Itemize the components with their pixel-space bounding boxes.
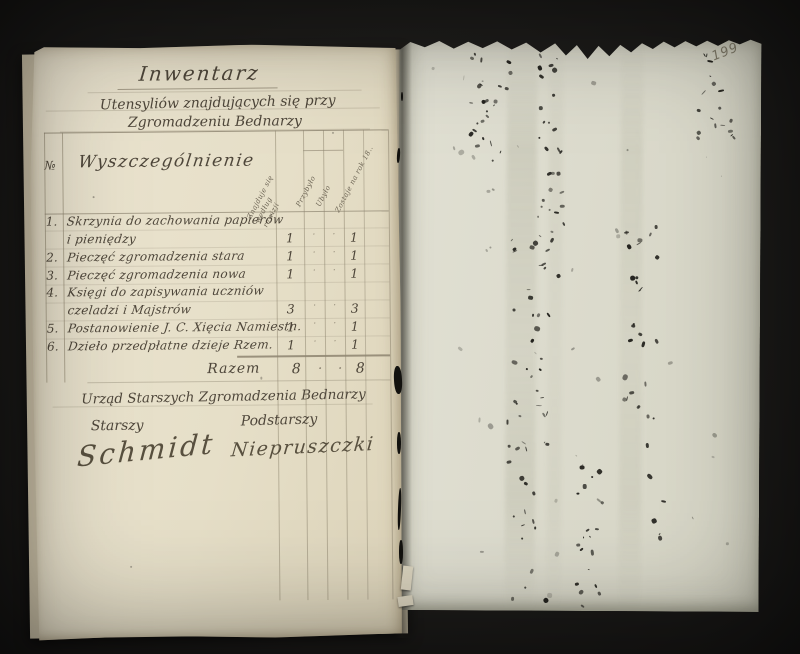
ink-speck — [622, 374, 629, 381]
ink-speck — [589, 535, 591, 537]
total-value: · — [329, 361, 351, 377]
ink-speck — [507, 70, 512, 75]
ink-speck — [534, 352, 537, 355]
paper-speck — [332, 132, 334, 134]
ink-speck — [551, 127, 557, 132]
ink-speck — [551, 67, 558, 74]
ink-speck — [548, 187, 553, 192]
ink-speck — [637, 239, 642, 243]
ink-speck — [507, 444, 511, 447]
ink-speck — [555, 273, 561, 279]
ink-speck — [583, 536, 584, 539]
ink-speck — [627, 244, 633, 250]
ink-speck — [541, 205, 543, 207]
ink-speck — [481, 81, 483, 82]
ink-speck — [590, 550, 594, 556]
ink-speck — [498, 85, 502, 88]
ink-speck — [532, 313, 534, 316]
ink-speck — [526, 368, 529, 371]
ink-speck — [470, 56, 475, 61]
ink-speck — [645, 443, 649, 448]
ink-stain-layer — [396, 35, 761, 612]
ink-speck — [518, 475, 525, 482]
ink-speck — [492, 188, 495, 191]
ink-speck — [554, 499, 558, 503]
ink-speck — [559, 190, 565, 194]
ink-speck — [523, 510, 525, 515]
ink-speck — [552, 93, 556, 97]
ink-speck — [484, 98, 489, 102]
ink-speck — [479, 418, 481, 423]
ink-speck — [541, 199, 545, 202]
ink-speck — [546, 312, 550, 317]
ink-speck — [653, 417, 655, 419]
ink-speck — [577, 492, 580, 494]
ink-speck — [729, 118, 733, 123]
ink-speck — [710, 117, 714, 120]
ink-speck — [529, 245, 535, 250]
ink-speck — [628, 339, 634, 344]
ink-speck — [571, 347, 576, 351]
ink-speck — [485, 114, 490, 118]
ink-speck — [718, 89, 724, 92]
ink-speck — [719, 125, 724, 127]
ink-speck — [712, 456, 715, 459]
ink-speck — [725, 542, 729, 545]
left-page: Inwentarz Utensyliów znajdujących się pr… — [29, 43, 405, 643]
spine-ink-mark — [399, 540, 403, 564]
ink-speck — [578, 589, 584, 595]
ink-speck — [654, 225, 657, 229]
ink-speck — [535, 527, 537, 530]
ink-speck — [583, 484, 587, 489]
ink-speck — [468, 131, 474, 137]
ink-speck — [579, 548, 583, 552]
ink-speck — [537, 216, 538, 217]
ink-speck — [627, 149, 629, 151]
ink-speck — [518, 415, 522, 418]
ink-speck — [545, 442, 550, 445]
ink-speck — [630, 391, 635, 394]
ink-speck — [537, 405, 543, 406]
ink-speck — [543, 266, 547, 270]
ink-speck — [521, 524, 525, 526]
ink-speck — [522, 441, 526, 444]
ink-speck — [534, 326, 541, 332]
ink-speck — [554, 212, 559, 214]
ink-speck — [506, 460, 512, 465]
ink-speck — [486, 190, 490, 194]
ink-speck — [549, 238, 555, 244]
ink-speck — [718, 106, 722, 110]
ink-speck — [538, 235, 541, 238]
ink-speck — [560, 204, 565, 207]
ink-speck — [561, 222, 565, 227]
total-value: 8 — [285, 361, 307, 377]
ink-speck — [529, 375, 533, 379]
ink-speck — [571, 268, 574, 272]
torn-paper-fragment — [397, 595, 413, 607]
ink-speck — [556, 172, 560, 176]
ink-speck — [595, 376, 601, 382]
ink-speck — [475, 144, 480, 148]
spine-ink-mark — [397, 432, 401, 454]
ink-speck — [639, 287, 644, 292]
ink-speck — [530, 569, 534, 574]
ink-speck — [513, 250, 518, 253]
ink-speck — [541, 262, 546, 266]
ink-speck — [636, 405, 641, 410]
ink-speck — [728, 129, 733, 132]
right-page: 199 — [396, 35, 761, 612]
ink-speck — [546, 411, 549, 416]
ink-speck — [638, 332, 643, 336]
ink-speck — [696, 109, 701, 113]
ink-speck — [712, 432, 719, 439]
ink-speck — [615, 228, 620, 234]
ink-speck — [524, 481, 529, 486]
ink-speck — [532, 518, 535, 524]
ink-speck — [512, 360, 519, 366]
ink-speck — [528, 295, 533, 299]
ink-speck — [539, 368, 543, 371]
ink-speck — [486, 249, 489, 252]
ink-speck — [482, 137, 485, 140]
ink-speck — [645, 381, 647, 386]
ink-speck — [668, 361, 674, 366]
ink-speck — [511, 309, 515, 312]
total-value: · — [309, 361, 331, 377]
ink-speck — [579, 465, 584, 469]
ink-speck — [554, 551, 560, 557]
ink-speck — [649, 233, 652, 237]
ink-speck — [457, 149, 464, 156]
ink-speck — [537, 65, 542, 71]
ink-speck — [489, 246, 492, 249]
ink-speck — [655, 255, 660, 260]
ink-speck — [480, 119, 485, 124]
ink-speck — [543, 147, 548, 153]
ink-speck — [491, 159, 493, 161]
ink-speck — [512, 597, 515, 601]
ink-speck — [515, 446, 521, 451]
ink-speck — [661, 500, 666, 503]
ink-speck — [556, 58, 558, 60]
ink-speck — [473, 52, 476, 56]
ink-speck — [595, 528, 599, 530]
ink-speck — [493, 104, 495, 106]
spine-ink-mark — [401, 92, 403, 101]
ink-speck — [487, 423, 494, 430]
ink-speck — [470, 154, 475, 160]
ink-speck — [469, 102, 473, 104]
ink-speck — [539, 53, 543, 58]
ink-speck — [559, 149, 563, 153]
ink-speck — [596, 468, 602, 474]
ink-speck — [634, 280, 638, 285]
ink-speck — [540, 357, 543, 360]
total-values: 8··8 — [29, 43, 405, 643]
ink-speck — [591, 80, 597, 85]
ink-speck — [513, 516, 515, 518]
ink-speck — [538, 74, 544, 79]
ink-speck — [504, 87, 509, 91]
ink-speck — [654, 338, 659, 344]
ink-speck — [706, 156, 708, 158]
ink-speck — [537, 137, 540, 140]
ink-speck — [521, 537, 524, 540]
ink-speck — [515, 145, 518, 149]
ink-speck — [588, 569, 590, 571]
ink-speck — [507, 420, 508, 425]
ink-speck — [463, 75, 465, 80]
ink-speck — [732, 136, 736, 140]
ink-speck — [696, 136, 701, 141]
ink-speck — [536, 390, 539, 393]
ink-speck — [712, 81, 717, 86]
paper-speck — [130, 566, 132, 568]
ink-speck — [713, 123, 716, 128]
ink-speck — [593, 584, 597, 589]
ink-speck — [510, 239, 513, 242]
ink-speck — [551, 172, 555, 175]
ink-speck — [551, 231, 555, 234]
ink-speck — [641, 341, 646, 347]
ink-speck — [617, 235, 621, 239]
paper-speck — [93, 196, 95, 198]
signatory-title-senior: Starszy — [91, 418, 144, 435]
ink-speck — [524, 446, 527, 451]
ink-speck — [475, 122, 478, 125]
ink-speck — [580, 605, 584, 609]
ink-speck — [500, 150, 503, 154]
ink-speck — [586, 529, 590, 533]
ink-speck — [539, 106, 543, 111]
ink-speck — [651, 517, 657, 523]
paper-speck — [260, 377, 262, 380]
ink-speck — [709, 76, 711, 78]
ink-speck — [549, 208, 551, 211]
ink-speck — [597, 591, 602, 596]
ink-speck — [532, 492, 536, 497]
ink-speck — [590, 476, 593, 478]
ink-speck — [576, 454, 578, 456]
ink-speck — [452, 146, 455, 151]
ink-speck — [706, 54, 708, 58]
scanned-document-photo: 199 Inwentarz Utensyliów znajdujących si… — [0, 0, 800, 654]
ink-speck — [548, 593, 553, 598]
ink-speck — [486, 110, 488, 113]
ink-speck — [506, 59, 512, 64]
ink-speck — [543, 120, 546, 123]
ink-speck — [548, 122, 551, 125]
ink-speck — [647, 473, 654, 480]
ink-speck — [576, 543, 580, 546]
ink-speck — [545, 248, 551, 253]
ink-speck — [530, 338, 534, 343]
ink-speck — [691, 516, 694, 520]
ink-speck — [707, 60, 713, 63]
ink-speck — [701, 90, 706, 95]
ink-speck — [480, 551, 485, 553]
ink-speck — [696, 130, 701, 136]
ink-speck — [431, 67, 435, 71]
ink-speck — [574, 582, 578, 586]
ink-speck — [721, 175, 723, 177]
ink-speck — [657, 535, 663, 541]
ink-speck — [540, 397, 544, 399]
ink-speck — [543, 597, 550, 604]
ink-speck — [536, 313, 541, 318]
ink-speck — [646, 414, 649, 418]
ink-speck — [548, 63, 554, 67]
ink-speck — [526, 289, 530, 290]
ink-speck — [457, 347, 462, 352]
ink-speck — [480, 57, 482, 62]
total-value: 8 — [349, 361, 371, 377]
ink-speck — [524, 587, 526, 589]
ink-speck — [489, 141, 492, 147]
signatory-title-deputy: Podstarszy — [241, 411, 318, 429]
